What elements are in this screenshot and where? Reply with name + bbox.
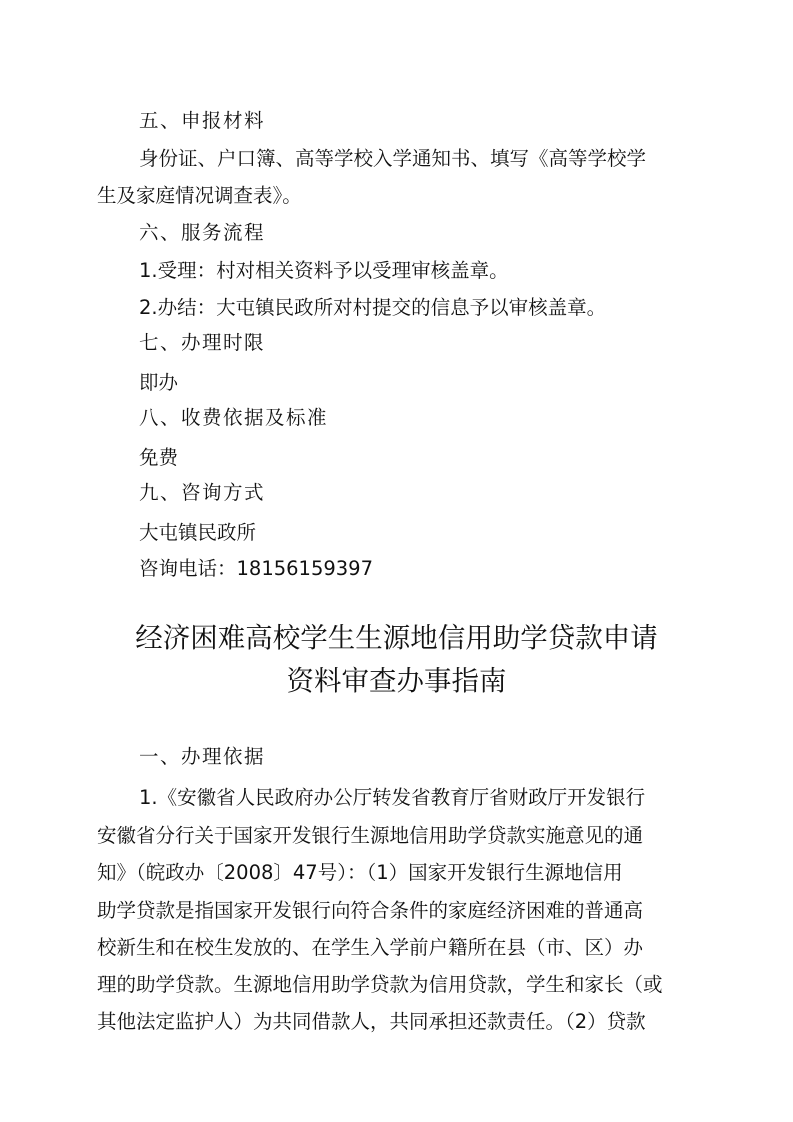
document-page: 五、申报材料 身份证、户口簿、高等学校入学通知书、填写《高等学校学 生及家庭情况… <box>0 0 793 1122</box>
materials-line-1: 身份证、户口簿、高等学校入学通知书、填写《高等学校学 <box>139 147 646 171</box>
section-heading-fees: 八、收费依据及标准 <box>139 406 328 430</box>
basis-paragraph-line: 其他法定监护人）为共同借款人，共同承担还款责任。（2）贷款 <box>97 1010 646 1034</box>
basis-paragraph-line: 安徽省分行关于国家开发银行生源地信用助学贷款实施意见的通 <box>97 824 643 848</box>
section-heading-contact: 九、咨询方式 <box>139 481 265 505</box>
basis-paragraph-line: 理的助学贷款。生源地信用助学贷款为信用贷款，学生和家长（或 <box>97 973 663 997</box>
time-limit-value: 即办 <box>139 371 178 395</box>
materials-line-2: 生及家庭情况调查表》。 <box>97 184 302 208</box>
basis-paragraph-line: 校新生和在校生发放的、在学生入学前户籍所在县（市、区）办 <box>97 936 643 960</box>
process-step-accept: 1.受理：村对相关资料予以受理审核盖章。 <box>139 259 509 283</box>
contact-phone: 咨询电话：18156159397 <box>139 557 373 581</box>
basis-paragraph-line: 知》（皖政办〔2008〕47号）：（1）国家开发银行生源地信用 <box>97 861 623 885</box>
section-heading-time-limit: 七、办理时限 <box>139 331 265 355</box>
section-heading-basis: 一、办理依据 <box>139 745 265 769</box>
guide-title-line-2: 资料审查办事指南 <box>0 664 793 698</box>
basis-paragraph-line: 助学贷款是指国家开发银行向符合条件的家庭经济困难的普通高 <box>97 899 643 923</box>
section-heading-process: 六、服务流程 <box>139 221 265 245</box>
contact-office: 大屯镇民政所 <box>139 521 256 545</box>
guide-title-line-1: 经济困难高校学生生源地信用助学贷款申请 <box>0 621 793 655</box>
process-step-complete: 2.办结：大屯镇民政所对村提交的信息予以审核盖章。 <box>139 296 606 320</box>
basis-paragraph-line: 1.《安徽省人民政府办公厅转发省教育厅省财政厅开发银行 <box>139 786 645 810</box>
fees-value: 免费 <box>139 446 178 470</box>
section-heading-materials: 五、申报材料 <box>139 109 265 133</box>
